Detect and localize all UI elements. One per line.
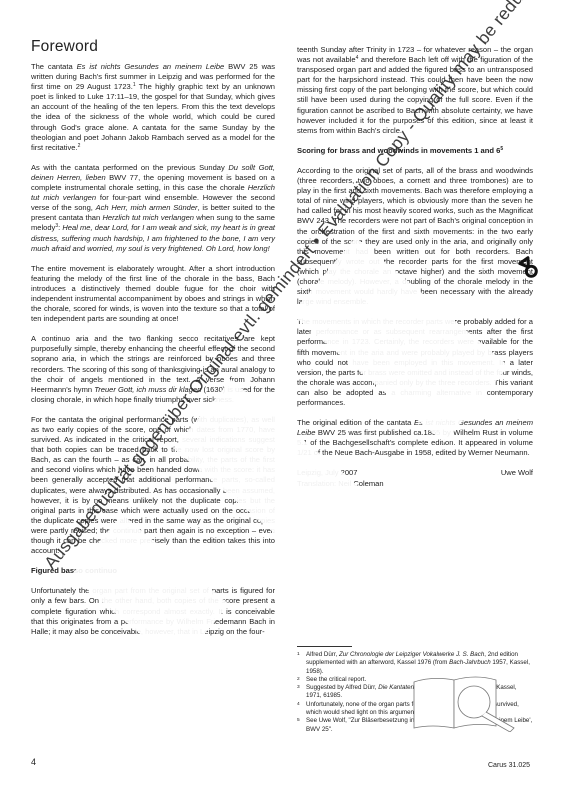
footnote-ref[interactable]: 5 bbox=[500, 146, 503, 152]
translator: Translation: Neil Coleman bbox=[297, 479, 533, 489]
right-column: teenth Sunday after Trinity in 1723 – fo… bbox=[297, 45, 533, 499]
author: Uwe Wolf bbox=[501, 468, 533, 478]
paragraph: teenth Sunday after Trinity in 1723 – fo… bbox=[297, 45, 533, 136]
place-date: Leipzig, July 2007 bbox=[297, 468, 357, 478]
paragraph: As with the cantata performed on the pre… bbox=[31, 163, 275, 254]
document-page: Foreword The cantata Es ist nichts Gesun… bbox=[0, 0, 564, 800]
carus-logo-icon bbox=[518, 255, 540, 281]
paragraph: The cantata Es ist nichts Gesundes an me… bbox=[31, 62, 275, 153]
paragraph: For the cantata the original performance… bbox=[31, 415, 275, 556]
section-heading: Figured basso continuo bbox=[31, 566, 275, 576]
paragraph: The original edition of the cantata Es i… bbox=[297, 418, 533, 458]
magnifier-book-icon bbox=[410, 670, 530, 732]
paragraph: The movements in which the recorder part… bbox=[297, 317, 533, 408]
footnote-ref[interactable]: 2 bbox=[78, 143, 81, 149]
catalog-number: Carus 31.025 bbox=[488, 762, 530, 769]
page-number: 4 bbox=[31, 757, 36, 767]
signature-line: Leipzig, July 2007 Uwe Wolf bbox=[297, 468, 533, 478]
paragraph: Unfortunately the organ part from the or… bbox=[31, 586, 275, 636]
left-column: The cantata Es ist nichts Gesundes an me… bbox=[31, 62, 275, 637]
page-title: Foreword bbox=[31, 38, 98, 56]
section-heading: Scoring for brass and woodwinds in movem… bbox=[297, 146, 533, 156]
paragraph: According to the original set of parts, … bbox=[297, 166, 533, 307]
paragraph: A continuo aria and the two flanking sec… bbox=[31, 334, 275, 405]
footnote-divider bbox=[297, 646, 352, 647]
paragraph: The entire movement is elaborately wroug… bbox=[31, 264, 275, 325]
